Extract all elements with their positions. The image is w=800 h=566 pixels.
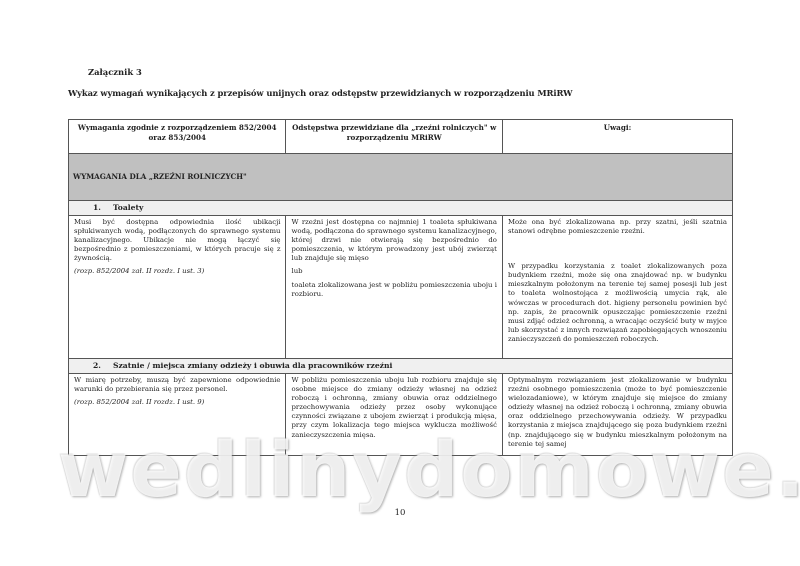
remarks-cell: Optymalnym rozwiązaniem jest zlokalizowa… (502, 374, 732, 456)
section-heading-row: 2.Szatnie / miejsca zmiany odzieży i obu… (69, 359, 733, 374)
section-title: Toalety (113, 203, 143, 212)
derogation-text: toaleta zlokalizowana jest w pobliżu pom… (291, 281, 496, 299)
header-derogations: Odstępstwa przewidziane dla „rzeźni roln… (286, 120, 502, 154)
section-heading-row: 1.Toalety (69, 201, 733, 216)
derogation-text: W rzeźni jest dostępna co najmniej 1 toa… (291, 218, 496, 263)
section-heading: 1.Toalety (69, 201, 733, 216)
requirements-table: Wymagania zgodnie z rozporządzeniem 852/… (68, 119, 733, 456)
requirement-text: W miarę potrzeby, muszą być zapewnione o… (74, 376, 280, 394)
requirement-cell: Musi być dostępna odpowiednia ilość ubik… (69, 216, 286, 359)
header-remarks: Uwagi: (502, 120, 732, 154)
remarks-cell: Może ona być zlokalizowana np. przy szat… (502, 216, 732, 359)
derogation-cell: W rzeźni jest dostępna co najmniej 1 toa… (286, 216, 502, 359)
section-number: 1. (93, 203, 113, 212)
spacer (508, 240, 727, 258)
section-number: 2. (93, 361, 113, 370)
requirement-reference: (rozp. 852/2004 zał. II rozdz. I ust. 9) (74, 398, 280, 407)
remarks-text: Może ona być zlokalizowana np. przy szat… (508, 218, 727, 236)
table-row: Musi być dostępna odpowiednia ilość ubik… (69, 216, 733, 359)
document-title: Wykaz wymagań wynikających z przepisów u… (68, 88, 572, 98)
derogation-cell: W pobliżu pomieszczenia uboju lub rozbio… (286, 374, 502, 456)
page-number: 10 (0, 508, 800, 518)
remarks-text: Optymalnym rozwiązaniem jest zlokalizowa… (508, 376, 727, 449)
requirement-text: Musi być dostępna odpowiednia ilość ubik… (74, 218, 280, 263)
section-title: Szatnie / miejsca zmiany odzieży i obuwi… (113, 361, 392, 370)
section-heading: 2.Szatnie / miejsca zmiany odzieży i obu… (69, 359, 733, 374)
derogation-connector: lub (291, 267, 496, 276)
derogation-text: W pobliżu pomieszczenia uboju lub rozbio… (291, 376, 496, 440)
category-band-row: WYMAGANIA DLA „RZEŹNI ROLNICZYCH" (69, 154, 733, 201)
requirement-reference: (rozp. 852/2004 zał. II rozdz. I ust. 3) (74, 267, 280, 276)
header-requirements: Wymagania zgodnie z rozporządzeniem 852/… (69, 120, 286, 154)
requirement-cell: W miarę potrzeby, muszą być zapewnione o… (69, 374, 286, 456)
annex-label: Załącznik 3 (88, 67, 142, 77)
table-header-row: Wymagania zgodnie z rozporządzeniem 852/… (69, 120, 733, 154)
category-band-label: WYMAGANIA DLA „RZEŹNI ROLNICZYCH" (69, 154, 733, 201)
remarks-text: W przypadku korzystania z toalet zlokali… (508, 262, 727, 344)
table-row: W miarę potrzeby, muszą być zapewnione o… (69, 374, 733, 456)
